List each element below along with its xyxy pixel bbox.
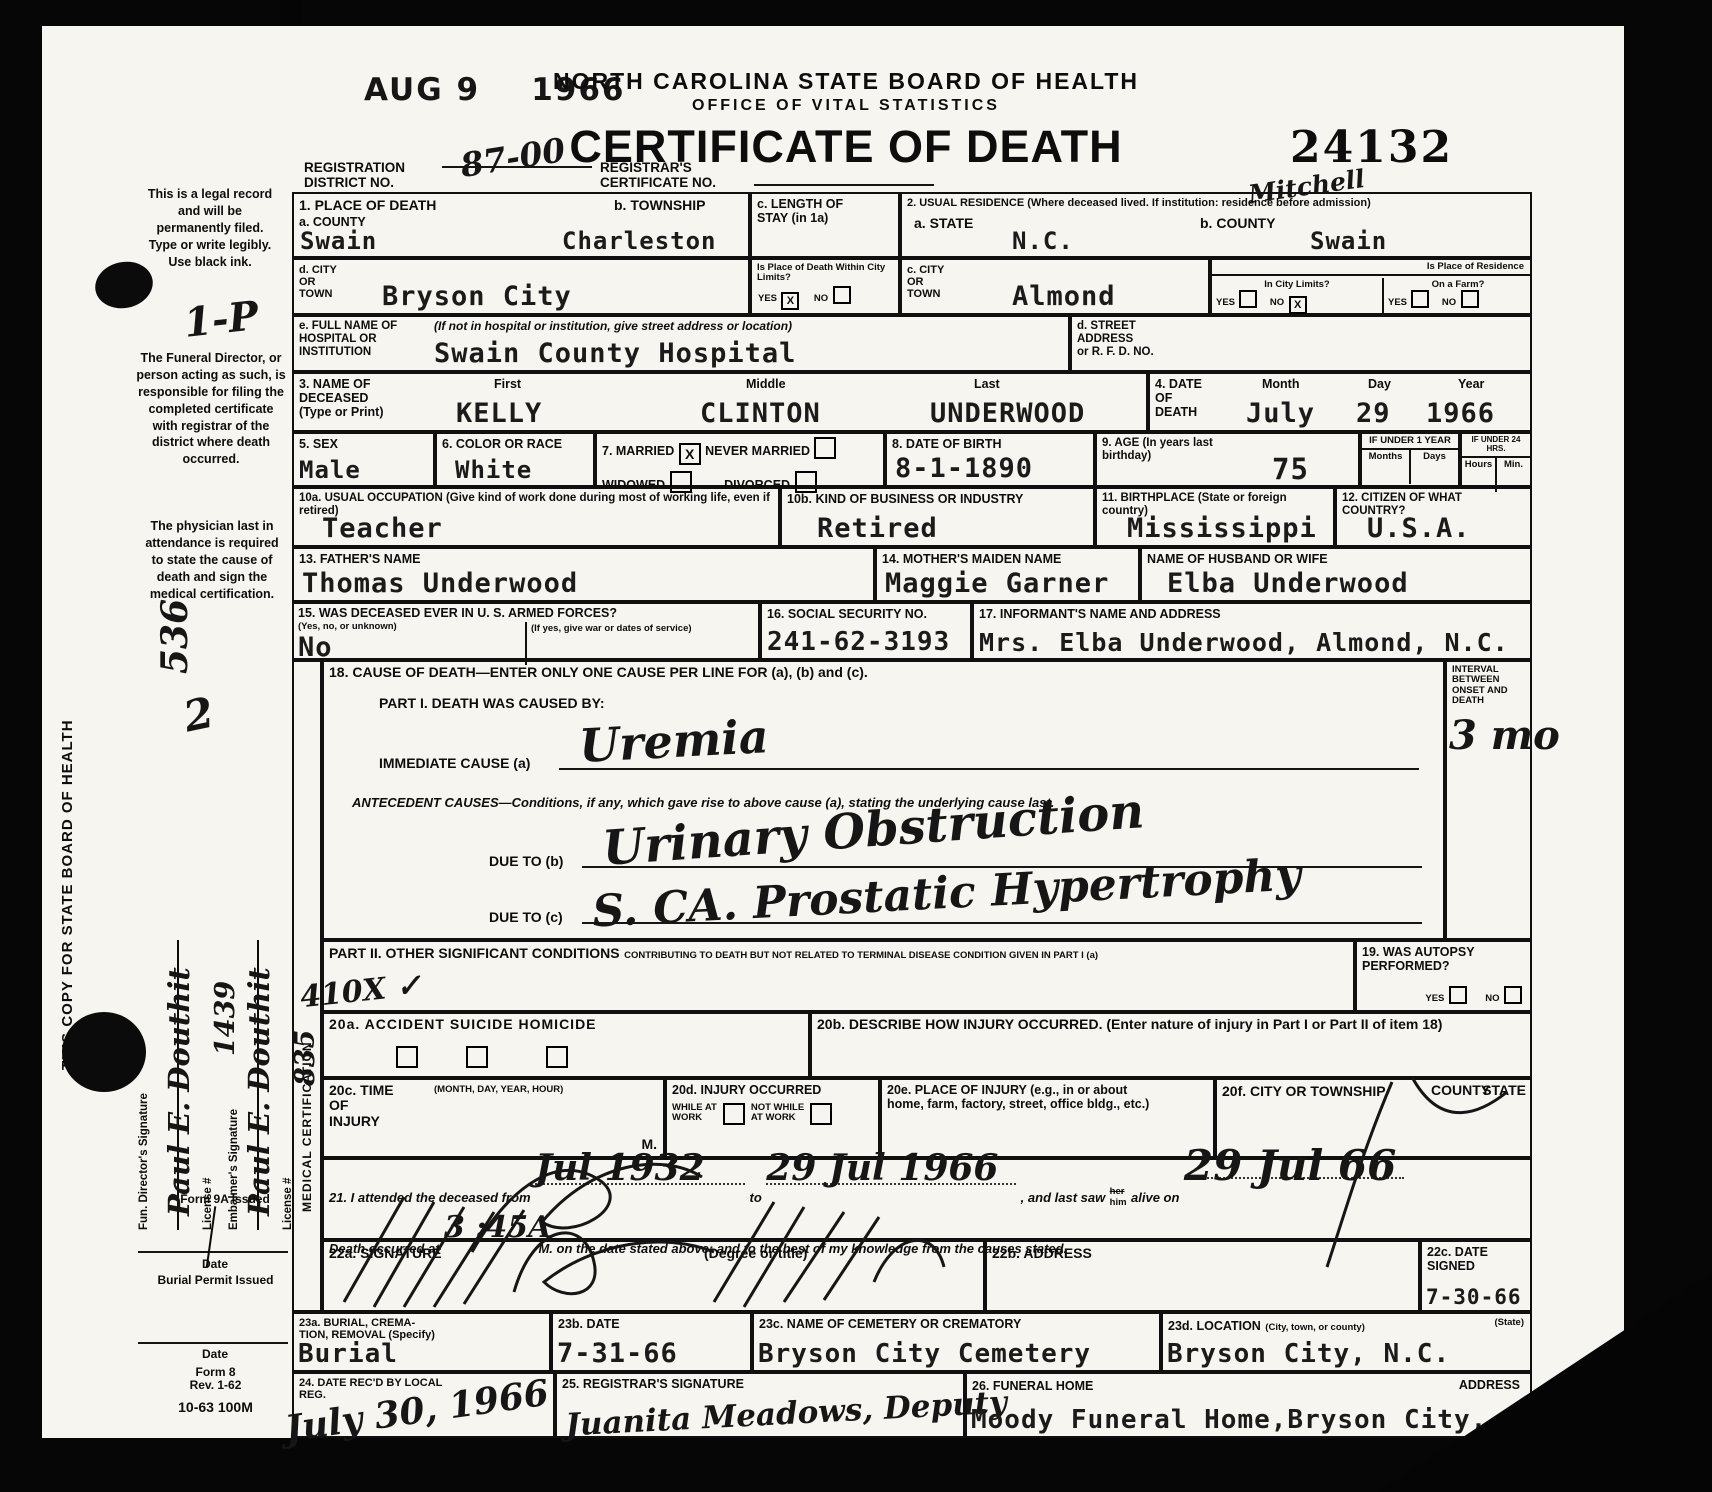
field-funeral-home: 26. FUNERAL HOME ADDRESS Moody Funeral H… (965, 1372, 1532, 1438)
yes-label: YES (1388, 297, 1407, 308)
registration-district-value: 87-00 (458, 130, 568, 185)
ink-blob (62, 1012, 146, 1092)
field-label: 1. PLACE OF DEATH (299, 197, 436, 213)
field-usual-occupation: 10a. USUAL OCCUPATION (Give kind of work… (292, 487, 780, 547)
registrars-certificate-line (754, 184, 934, 186)
legal-record-note: This is a legal record and will be perma… (142, 186, 278, 270)
field-color-or-race: 6. COLOR OR RACE White (435, 432, 595, 487)
attended-to-hw: 29 Jul 1966 (766, 1147, 998, 1189)
field-death-city-limits: Is Place of Death Within City Limits? YE… (750, 258, 900, 315)
field-label: 2. USUAL RESIDENCE (Where deceased lived… (907, 197, 1525, 209)
field-physician-address: 22b. ADDRESS (985, 1240, 1420, 1312)
field-cemetery-location: 23d. LOCATION (City, town, or county) (S… (1161, 1312, 1532, 1372)
no-checkbox (1461, 290, 1479, 308)
occupation-value: Teacher (322, 513, 443, 544)
no-label: NO (814, 293, 828, 304)
field-city-of-death: d. CITY OR TOWN Bryson City (292, 258, 750, 315)
fun-director-signature-label: Fun. Director's Signature (138, 1093, 151, 1230)
yes-checkbox: X (781, 292, 799, 310)
no-checkbox (833, 286, 851, 304)
field-label: 23d. LOCATION (1168, 1319, 1261, 1333)
field-place-of-injury: 20e. PLACE OF INJURY (e.g., in or about … (880, 1078, 1215, 1158)
him-word: him (1110, 1198, 1127, 1208)
field-if-under-24-hrs: IF UNDER 24 HRS. Hours Min. (1460, 432, 1532, 487)
registrars-certificate-label: REGISTRAR'S CERTIFICATE NO. (600, 160, 716, 190)
certificate-form: 1. PLACE OF DEATH a. COUNTY Swain b. TOW… (292, 192, 1532, 1438)
days-label: Days (1411, 450, 1458, 484)
suicide-checkbox (466, 1046, 488, 1068)
degree-or-title-label: (Degree or title) (704, 1246, 807, 1261)
office-name: OFFICE OF VITAL STATISTICS (496, 97, 1196, 115)
field-burial-date: 23b. DATE 7-31-66 (551, 1312, 752, 1372)
field-age: 9. AGE (In years last birthday) 75 (1095, 432, 1360, 487)
middle-name-label: Middle (746, 377, 786, 391)
field-label: 13. FATHER'S NAME (299, 552, 868, 566)
due-to-c-label: DUE TO (c) (489, 910, 563, 925)
certificate-sheet: AUG 9 1966 NORTH CAROLINA STATE BOARD OF… (42, 26, 1624, 1438)
first-name-label: First (494, 377, 521, 391)
field-label: 15. WAS DECEASED EVER IN U. S. ARMED FOR… (294, 604, 758, 622)
board-name: NORTH CAROLINA STATE BOARD OF HEALTH (496, 68, 1196, 95)
ssn-value: 241-62-3193 (767, 627, 950, 657)
field-attended-statement: 21. I attended the deceased from Jul 193… (322, 1158, 1532, 1240)
no-label: NO (1485, 993, 1499, 1004)
field-mothers-maiden-name: 14. MOTHER'S MAIDEN NAME Maggie Garner (875, 547, 1140, 602)
address-label: ADDRESS (1459, 1378, 1520, 1392)
field-registrar-signature: 25. REGISTRAR'S SIGNATURE Juanita Meadow… (555, 1372, 965, 1438)
field-residence-limits: Is Place of Residence In City Limits? YE… (1210, 258, 1532, 315)
embalmer-signature-hw: Paul E. Douthit (242, 967, 276, 1216)
time-paren: (MONTH, DAY, YEAR, HOUR) (434, 1085, 563, 1095)
field-label: 3. NAME OF DECEASED (Type or Print) (299, 377, 384, 419)
scanned-death-certificate: AUG 9 1966 NORTH CAROLINA STATE BOARD OF… (0, 0, 1712, 1492)
field-informant: 17. INFORMANT'S NAME AND ADDRESS Mrs. El… (972, 602, 1532, 660)
last-seen-hw: 29 Jul 66 (1184, 1141, 1397, 1190)
location-state-paren: (State) (1494, 1318, 1524, 1328)
first-name-value: KELLY (456, 398, 542, 429)
field-interval-onset-death: INTERVAL BETWEEN ONSET AND DEATH 3 mo (1445, 660, 1532, 940)
business-value: Retired (817, 513, 938, 544)
accident-checkbox (396, 1046, 418, 1068)
never-married-label: NEVER MARRIED (705, 444, 810, 458)
field-label: 16. SOCIAL SECURITY NO. (767, 607, 965, 621)
middle-name-value: CLINTON (700, 398, 821, 429)
county-value: Swain (300, 227, 377, 255)
field-label: 23b. DATE (558, 1317, 745, 1331)
field-if-under-1-year: IF UNDER 1 YEAR Months Days (1360, 432, 1460, 487)
field-place-of-death: 1. PLACE OF DEATH a. COUNTY Swain b. TOW… (292, 192, 750, 258)
never-married-checkbox (814, 437, 836, 459)
year-value: 1966 (1426, 398, 1495, 429)
field-autopsy: 19. WAS AUTOPSY PERFORMED? YES NO (1355, 940, 1532, 1012)
date-signed-value: 7-30-66 (1426, 1285, 1522, 1309)
field-social-security: 16. SOCIAL SECURITY NO. 241-62-3193 (760, 602, 972, 660)
field-husband-or-wife: NAME OF HUSBAND OR WIFE Elba Underwood (1140, 547, 1532, 602)
hospital-paren: (If not in hospital or institution, give… (434, 320, 792, 333)
armed-forces-paren2: (If yes, give war or dates of service) (527, 622, 758, 665)
residence-city-limits: In City Limits? YES NO X (1212, 278, 1384, 315)
field-label: 22c. DATE SIGNED (1427, 1245, 1525, 1273)
married-checkbox: X (679, 443, 701, 465)
under-24-hrs-label: IF UNDER 24 HRS. (1462, 434, 1530, 458)
date-of-birth-value: 8-1-1890 (895, 453, 1033, 484)
field-birthplace: 11. BIRTHPLACE (State or foreign country… (1095, 487, 1335, 547)
not-while-at-work-label: NOT WHILE AT WORK (751, 1103, 804, 1125)
field-label: 26. FUNERAL HOME (972, 1379, 1093, 1393)
form-revision-label: Form 8 Rev. 1-62 (138, 1366, 293, 1393)
field-label: 9. AGE (In years last birthday) (1102, 437, 1262, 463)
yes-checkbox (1239, 290, 1257, 308)
field-armed-forces: 15. WAS DECEASED EVER IN U. S. ARMED FOR… (292, 602, 760, 660)
married-label: 7. MARRIED (602, 444, 674, 458)
residence-county-label: b. COUNTY (1200, 216, 1275, 231)
field-sex: 5. SEX Male (292, 432, 435, 487)
field-label: 23a. BURIAL, CREMA- TION, REMOVAL (Speci… (299, 1317, 544, 1341)
month-label: Month (1262, 377, 1299, 391)
physician-note: The physician last in attendance is requ… (142, 518, 282, 602)
field-date-of-death: 4. DATE OF DEATH Month Day Year July 29 … (1148, 372, 1532, 432)
city-of-death-value: Bryson City (382, 281, 572, 312)
field-citizenship: 12. CITIZEN OF WHAT COUNTRY? U.S.A. (1335, 487, 1532, 547)
field-label: 20c. TIME OF INJURY (329, 1083, 394, 1129)
field-burial-type: 23a. BURIAL, CREMA- TION, REMOVAL (Speci… (292, 1312, 551, 1372)
township-value: Charleston (562, 227, 717, 255)
field-hospital-name: e. FULL NAME OF HOSPITAL OR INSTITUTION … (292, 315, 1070, 372)
field-label: 17. INFORMANT'S NAME AND ADDRESS (979, 607, 1525, 621)
informant-value: Mrs. Elba Underwood, Almond, N.C. (979, 628, 1509, 657)
date-label: Date (160, 1348, 270, 1361)
no-label: NO (1442, 297, 1456, 308)
field-label: 5. SEX (299, 437, 428, 451)
attended-pre: 21. I attended the deceased from (329, 1190, 531, 1205)
last-name-label: Last (974, 377, 1000, 391)
field-label: 6. COLOR OR RACE (442, 437, 588, 451)
no-checkbox: X (1289, 296, 1307, 314)
yes-label: YES (1216, 297, 1235, 308)
no-checkbox (1504, 986, 1522, 1004)
margin-handwritten-number-536: 536 (154, 599, 196, 674)
immediate-cause-label: IMMEDIATE CAUSE (a) (379, 756, 530, 771)
address-label: 22b. ADDRESS (992, 1245, 1092, 1261)
fun-director-license-hw: 1439 (210, 981, 241, 1056)
fathers-name-value: Thomas Underwood (302, 568, 578, 599)
field-city-of-residence: c. CITY OR TOWN Almond (900, 258, 1210, 315)
day-value: 29 (1356, 398, 1391, 429)
state-label: STATE (1482, 1083, 1526, 1098)
field-usual-residence: 2. USUAL RESIDENCE (Where deceased lived… (900, 192, 1532, 258)
city-or-town-label: c. CITY OR TOWN (907, 264, 944, 300)
copy-destination-note: THIS COPY FOR STATE BOARD OF HEALTH (60, 490, 77, 1070)
field-label: 18. CAUSE OF DEATH—ENTER ONLY ONE CAUSE … (329, 665, 1438, 680)
state-value: N.C. (1012, 227, 1074, 255)
field-label: 20d. INJURY OCCURRED (672, 1083, 873, 1097)
field-date-received: 24. DATE REC'D BY LOCAL REG. July 30, 19… (292, 1372, 555, 1438)
field-accident-suicide-homicide: 20a. ACCIDENT SUICIDE HOMICIDE (322, 1012, 810, 1078)
state-label: a. STATE (914, 216, 973, 231)
mothers-name-value: Maggie Garner (885, 568, 1109, 599)
field-label: 19. WAS AUTOPSY PERFORMED? (1362, 945, 1525, 973)
part2-label: PART II. OTHER SIGNIFICANT CONDITIONS (329, 945, 620, 961)
location-value: Bryson City, N.C. (1167, 1339, 1450, 1369)
city-of-residence-value: Almond (1012, 281, 1116, 312)
months-label: Months (1362, 450, 1411, 484)
armed-forces-value: No (298, 632, 333, 663)
immediate-cause-line (559, 768, 1419, 770)
in-city-limits-question: In City Limits? (1216, 280, 1378, 290)
field-label: 25. REGISTRAR'S SIGNATURE (562, 1377, 958, 1391)
field-cause-of-death: 18. CAUSE OF DEATH—ENTER ONLY ONE CAUSE … (322, 660, 1445, 940)
form-9a-issued-label: Form 9A Issued (160, 1193, 290, 1206)
residence-question: Is Place of Residence (1212, 260, 1530, 276)
certificate-number: 24132 (1290, 122, 1453, 173)
sex-value: Male (299, 456, 361, 484)
under-1-year-label: IF UNDER 1 YEAR (1362, 434, 1458, 450)
while-at-work-checkbox (723, 1103, 745, 1125)
yes-checkbox (1411, 290, 1429, 308)
yes-label: YES (758, 293, 777, 304)
city-or-town-label: d. CITY OR TOWN (299, 264, 337, 300)
location-paren: (City, town, or county) (1265, 1322, 1365, 1333)
race-value: White (455, 456, 532, 484)
field-fathers-name: 13. FATHER'S NAME Thomas Underwood (292, 547, 875, 602)
field-physician-signature: 22a. SIGNATURE (Degree or title) (322, 1240, 985, 1312)
last-name-value: UNDERWOOD (930, 398, 1085, 429)
field-label: 8. DATE OF BIRTH (892, 437, 1088, 451)
interval-label: INTERVAL BETWEEN ONSET AND DEATH (1452, 665, 1525, 707)
homicide-checkbox (546, 1046, 568, 1068)
burial-date-value: 7-31-66 (557, 1338, 678, 1369)
armed-forces-paren1: (Yes, no, or unknown) (298, 622, 521, 632)
city-or-township-label: 20f. CITY OR TOWNSHIP (1222, 1083, 1386, 1099)
margin-handwritten-code: 1-P (182, 292, 261, 347)
yes-label: YES (1425, 993, 1444, 1004)
attended-mid: , and last saw (1021, 1190, 1106, 1205)
due-to-b-label: DUE TO (b) (489, 854, 563, 869)
field-label: 4. DATE OF DEATH (1155, 377, 1202, 419)
residence-county-value: Swain (1310, 227, 1387, 255)
field-describe-injury: 20b. DESCRIBE HOW INJURY OCCURRED. (Ente… (810, 1012, 1532, 1078)
header-block: NORTH CAROLINA STATE BOARD OF HEALTH OFF… (496, 68, 1196, 173)
cemetery-value: Bryson City Cemetery (758, 1339, 1091, 1369)
burial-value: Burial (298, 1339, 398, 1369)
funeral-director-note: The Funeral Director, or person acting a… (136, 350, 286, 468)
attended-from-hw: Jul 1932 (535, 1147, 705, 1189)
field-other-significant-conditions: PART II. OTHER SIGNIFICANT CONDITIONS CO… (322, 940, 1355, 1012)
township-label: b. TOWNSHIP (614, 198, 706, 213)
field-date-of-birth: 8. DATE OF BIRTH 8-1-1890 (885, 432, 1095, 487)
age-value: 75 (1272, 452, 1309, 486)
no-label: NO (1270, 297, 1284, 308)
interval-handwriting: 3 mo (1449, 712, 1560, 759)
print-code: 10-63 100M (138, 1400, 293, 1416)
field-marital-status: 7. MARRIED X NEVER MARRIED WIDOWED DIVOR… (595, 432, 885, 487)
embalmer-signature-label: Embalmer's Signature (228, 1109, 241, 1230)
part2-small-label: CONTRIBUTING TO DEATH BUT NOT RELATED TO… (624, 950, 1098, 961)
residence-farm: On a Farm? YES NO (1384, 278, 1532, 315)
on-a-farm-question: On a Farm? (1388, 280, 1528, 290)
year-label: Year (1458, 377, 1484, 391)
part1-label: PART I. DEATH WAS CAUSED BY: (379, 696, 605, 711)
field-kind-of-business: 10b. KIND OF BUSINESS OR INDUSTRY Retire… (780, 487, 1095, 547)
signature-label: 22a. SIGNATURE (329, 1245, 442, 1261)
field-street-address: d. STREET ADDRESS or R. F. D. NO. (1070, 315, 1532, 372)
funeral-home-value: Moody Funeral Home,Bryson City, N (971, 1405, 1521, 1435)
spouse-name-value: Elba Underwood (1167, 568, 1409, 599)
field-name-of-deceased: 3. NAME OF DECEASED (Type or Print) Firs… (292, 372, 1148, 432)
cause-a-handwriting: Uremia (578, 709, 770, 773)
fun-director-signature-hw: Paul E. Douthit (162, 967, 196, 1216)
date-label: Date (160, 1258, 270, 1271)
field-injury-occurred: 20d. INJURY OCCURRED WHILE AT WORK NOT W… (665, 1078, 880, 1158)
burial-permit-date-line (138, 1342, 288, 1344)
citizenship-value: U.S.A. (1367, 513, 1471, 544)
while-at-work-label: WHILE AT WORK (672, 1103, 717, 1125)
registration-district-label: REGISTRATION DISTRICT NO. (304, 160, 405, 190)
form-9a-date-line (138, 1251, 288, 1253)
hospital-label: e. FULL NAME OF HOSPITAL OR INSTITUTION (299, 320, 397, 359)
birthplace-value: Mississippi (1127, 513, 1317, 544)
city-limits-question: Is Place of Death Within City Limits? (757, 263, 893, 284)
field-label: 20a. ACCIDENT SUICIDE HOMICIDE (329, 1017, 803, 1032)
scan-artifact (280, 0, 302, 24)
field-time-of-injury: 20c. TIME OF INJURY (MONTH, DAY, YEAR, H… (322, 1078, 665, 1158)
day-label: Day (1368, 377, 1391, 391)
hospital-value: Swain County Hospital (434, 338, 796, 369)
field-label: 10b. KIND OF BUSINESS OR INDUSTRY (787, 492, 1088, 506)
field-label: 23c. NAME OF CEMETERY OR CREMATORY (759, 1317, 1154, 1331)
margin-handwritten-number-2: 2 (179, 687, 218, 741)
registrar-signature-hw: Juanita Meadows, Deputy (564, 1384, 1007, 1443)
attended-to-word: to (749, 1190, 761, 1205)
field-length-of-stay: c. LENGTH OF STAY (in 1a) (750, 192, 900, 258)
field-date-signed: 22c. DATE SIGNED 7-30-66 (1420, 1240, 1532, 1312)
attended-post: alive on (1131, 1190, 1179, 1205)
yes-checkbox (1449, 986, 1467, 1004)
field-cemetery-name: 23c. NAME OF CEMETERY OR CREMATORY Bryso… (752, 1312, 1161, 1372)
field-label: NAME OF HUSBAND OR WIFE (1147, 552, 1525, 566)
not-while-at-work-checkbox (810, 1103, 832, 1125)
field-label: 14. MOTHER'S MAIDEN NAME (882, 552, 1133, 566)
burial-permit-issued-label: Burial Permit Issued (138, 1274, 293, 1287)
month-value: July (1246, 398, 1315, 429)
